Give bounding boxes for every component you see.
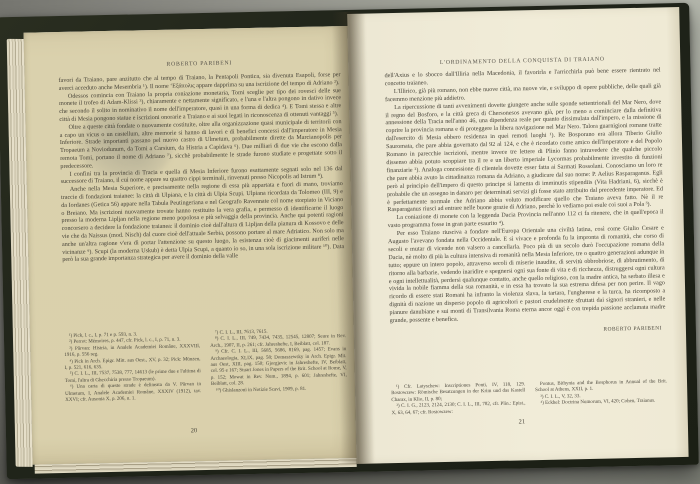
footnotes-right-column: ⁷) C. I. L., III, 7613, 7615. ⁸) C. I. L… (210, 328, 347, 395)
photo-backdrop: ROBERTO PARIBENI favori da Traiano, pare… (0, 0, 700, 484)
paragraph: Anche nella Mesia Superiore, e precisame… (61, 181, 345, 265)
book-cover: ROBERTO PARIBENI favori da Traiano, pare… (0, 3, 699, 479)
page-number-right: 21 (356, 415, 688, 429)
footnote: ⁶) Una carta di queste strade è delineat… (65, 382, 201, 404)
page-number-left: 20 (32, 424, 356, 438)
footnotes-left-column: ¹) Pick, l. c., I, p. 71 e p. 593, n. 3.… (64, 331, 201, 404)
running-head-left: ROBERTO PARIBENI (58, 58, 340, 70)
left-page-text: favori da Traiano, pare anzitutto che al… (59, 72, 345, 265)
right-page-text: dell'Axius e lo sbocco dall'Illiria nell… (384, 67, 666, 339)
paragraph: La ripercussione di tanti avvenimenti do… (385, 99, 663, 215)
footnote: ⁴) Eckhel: Doctrina Numorum, VI, 420; Co… (535, 399, 667, 408)
paragraph: Oltre a queste città fondate o nuovament… (60, 119, 343, 172)
author-signature: ROBERTO PARIBENI (390, 325, 666, 339)
footnote: ⁹) Cfr. C. I. L., III, 5685, 5686, 8169,… (210, 347, 347, 388)
paragraph: Per esso Traiano riusciva a fondare nell… (388, 226, 666, 327)
right-page: L'ORDINAMENTO DELLA CONQUISTA DI TRAIANO… (347, 7, 688, 464)
footnotes-right-column: Pontus, Bithynia and the Bosphorus in An… (535, 379, 668, 407)
footnote: ²) C. I. G., 2123, 2124, 2130; C. I. L.,… (391, 402, 525, 418)
running-head-right: L'ORDINAMENTO DELLA CONQUISTA DI TRAIANO (384, 55, 660, 67)
footnotes-left-column: ¹) Cfr. Latyschew: Inscriptiones Ponti, … (391, 382, 526, 417)
left-page: ROBERTO PARIBENI favori da Traiano, pare… (24, 26, 357, 465)
